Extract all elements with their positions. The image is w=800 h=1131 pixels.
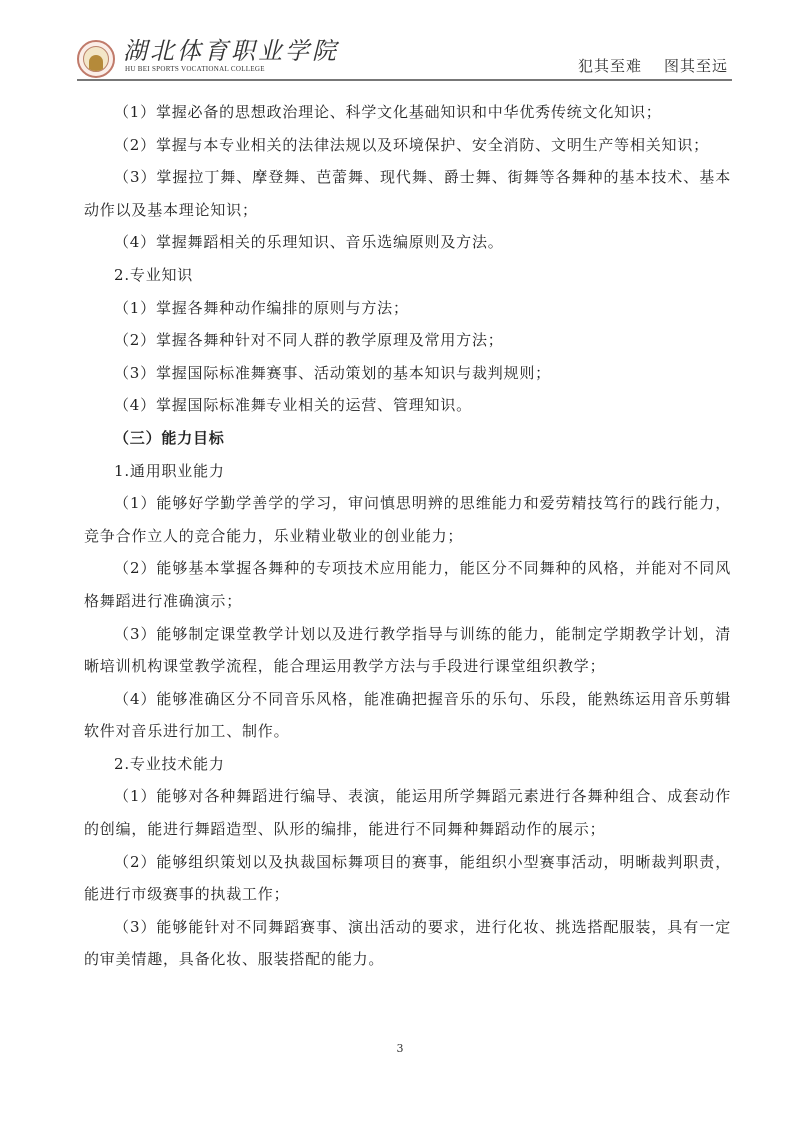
paragraph: （1）掌握各舞种动作编排的原则与方法；: [84, 292, 731, 325]
motto-right: 图其至远: [664, 57, 728, 75]
paragraph: （4）掌握国际标准舞专业相关的运营、管理知识。: [84, 389, 731, 422]
school-motto: 犯其至难图其至远: [578, 55, 728, 76]
paragraph: （1）能够好学勤学善学的学习，审问慎思明辨的思维能力和爱劳精技笃行的践行能力，竞…: [84, 487, 731, 552]
header-divider: [77, 79, 732, 81]
paragraph: （2）能够基本掌握各舞种的专项技术应用能力，能区分不同舞种的风格，并能对不同风格…: [84, 552, 731, 617]
page-header: 湖北体育职业学院 HU BEI SPORTS VOCATIONAL COLLEG…: [77, 38, 732, 80]
subheading: 2.专业知识: [84, 259, 731, 292]
paragraph: （4）掌握舞蹈相关的乐理知识、音乐选编原则及方法。: [84, 226, 731, 259]
paragraph: （2）掌握与本专业相关的法律法规以及环境保护、安全消防、文明生产等相关知识；: [84, 129, 731, 162]
paragraph: （3）能够能针对不同舞蹈赛事、演出活动的要求，进行化妆、挑选搭配服装，具有一定的…: [84, 911, 731, 976]
section-heading: （三）能力目标: [84, 422, 731, 455]
paragraph: （2）掌握各舞种针对不同人群的教学原理及常用方法；: [84, 324, 731, 357]
document-body: （1）掌握必备的思想政治理论、科学文化基础知识和中华优秀传统文化知识； （2）掌…: [84, 96, 731, 976]
paragraph: （3）掌握拉丁舞、摩登舞、芭蕾舞、现代舞、爵士舞、街舞等各舞种的基本技术、基本动…: [84, 161, 731, 226]
paragraph: （1）掌握必备的思想政治理论、科学文化基础知识和中华优秀传统文化知识；: [84, 96, 731, 129]
paragraph: （2）能够组织策划以及执裁国标舞项目的赛事，能组织小型赛事活动，明晰裁判职责，能…: [84, 846, 731, 911]
page-number: 3: [0, 1042, 800, 1055]
subheading: 1.通用职业能力: [84, 455, 731, 488]
subheading: 2.专业技术能力: [84, 748, 731, 781]
paragraph: （3）掌握国际标准舞赛事、活动策划的基本知识与裁判规则；: [84, 357, 731, 390]
paragraph: （1）能够对各种舞蹈进行编导、表演，能运用所学舞蹈元素进行各舞种组合、成套动作的…: [84, 780, 731, 845]
school-name-cn: 湖北体育职业学院: [123, 38, 339, 64]
paragraph: （4）能够准确区分不同音乐风格，能准确把握音乐的乐句、乐段，能熟练运用音乐剪辑软…: [84, 683, 731, 748]
paragraph: （3）能够制定课堂教学计划以及进行教学指导与训练的能力，能制定学期教学计划，清晰…: [84, 618, 731, 683]
school-name-en: HU BEI SPORTS VOCATIONAL COLLEGE: [125, 65, 265, 73]
motto-left: 犯其至难: [578, 57, 642, 75]
college-seal-icon: [77, 40, 115, 78]
